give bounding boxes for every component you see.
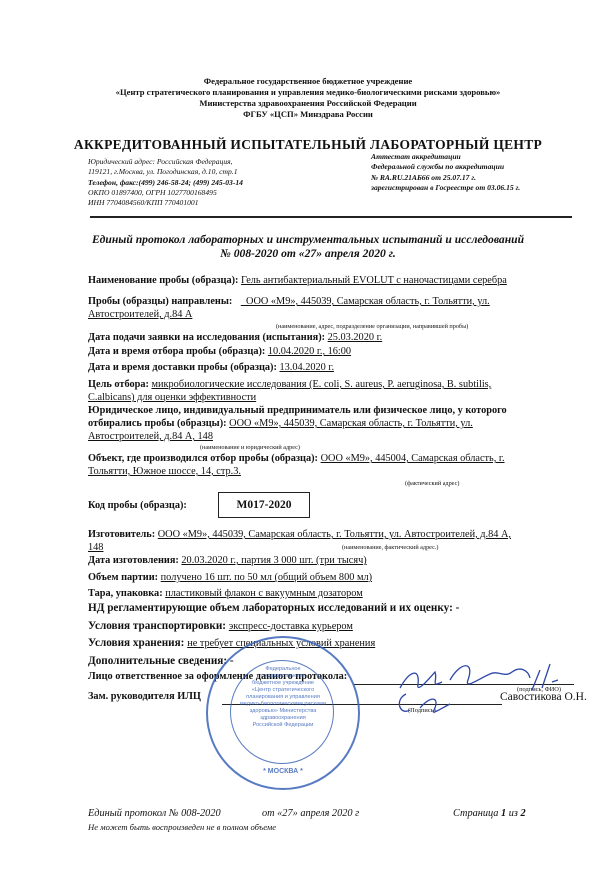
stamp-line: планирования и управления <box>208 694 358 701</box>
stamp-line: государственное <box>208 673 358 680</box>
field-transport: Условия транспортировки: экспресс-достав… <box>88 620 580 633</box>
field-sampling-object: Объект, где производился отбор пробы (об… <box>88 452 580 478</box>
signature-icon <box>380 650 580 720</box>
address-line: Юридический адрес: Российская Федерация, <box>88 157 243 167</box>
field-value: 13.04.2020 г. <box>279 362 334 373</box>
field-purpose: Цель отбора: микробиологические исследов… <box>88 378 580 404</box>
protocol-number: № 008-2020 от «27» апреля 2020 г. <box>0 247 616 261</box>
field-label: Изготовитель: <box>88 529 155 540</box>
field-value: получено 16 шт. по 50 мл (общий объем 80… <box>161 572 372 583</box>
field-application-date: Дата подачи заявки на исследования (испы… <box>88 331 580 344</box>
field-value: ООО «М9», 445039, Самарская область, г. … <box>229 418 473 429</box>
org-header: Федеральное государственное бюджетное уч… <box>0 76 616 120</box>
field-label: Пробы (образцы) направлены: <box>88 296 232 307</box>
field-label: отбирались пробы (образцы): <box>88 418 227 429</box>
sent-by-note: (наименование, адрес, подразделение орга… <box>276 323 468 330</box>
field-batch-volume: Объем партии: получено 16 шт. по 50 мл (… <box>88 571 580 584</box>
field-packaging: Тара, упаковка: пластиковый флакон с вак… <box>88 587 580 600</box>
field-value: микробиологические исследования (E. coli… <box>152 379 492 390</box>
org-line-1: Федеральное государственное бюджетное уч… <box>0 76 616 87</box>
field-label: Дата и время отбора пробы (образца): <box>88 346 265 357</box>
sample-code-box: М017-2020 <box>218 492 310 518</box>
field-value: ООО «М9», 445004, Самарская область, г. <box>321 453 505 464</box>
accreditation-line: Аттестат аккредитации <box>371 152 520 162</box>
official-stamp: Федеральное государственное бюджетное уч… <box>206 636 360 790</box>
page-current: 1 <box>501 808 506 819</box>
field-manufacturer: Изготовитель: ООО «М9», 445039, Самарска… <box>88 528 580 554</box>
org-line-2: «Центр стратегического планирования и уп… <box>0 87 616 98</box>
stamp-line: Федеральное <box>208 666 358 673</box>
field-sent-by: Пробы (образцы) направлены: _ООО «М9», 4… <box>88 295 580 321</box>
field-value: Автостроителей, д.84 А, 148 <box>88 431 213 442</box>
field-label: Условия транспортировки: <box>88 620 226 632</box>
org-line-3: Министерства здравоохранения Российской … <box>0 98 616 109</box>
protocol-title: Единый протокол лабораторных и инструмен… <box>0 233 616 261</box>
field-value: пластиковый флакон с вакуумным дозатором <box>165 588 363 599</box>
field-label: Объект, где производился отбор пробы (об… <box>88 453 318 464</box>
field-label: Условия хранения: <box>88 637 184 649</box>
stamp-city: * МОСКВА * <box>208 768 358 775</box>
phone-line: Телефон, факс:(499) 246-58-24; (499) 245… <box>88 178 243 188</box>
page-total: 2 <box>521 808 526 819</box>
accreditation-line: зарегистрирован в Госреестре от 03.06.15… <box>371 183 520 193</box>
field-sample-code-label: Код пробы (образца): <box>88 499 580 512</box>
legal-address: Юридический адрес: Российская Федерация,… <box>88 157 243 208</box>
stamp-line: здоровью» Министерства <box>208 708 358 715</box>
org-line-4: ФГБУ «ЦСП» Минздрава России <box>0 109 616 120</box>
manufacturer-note: (наименование, фактический адрес.) <box>342 544 438 551</box>
field-normative-docs: НД регламентирующие объем лабораторных и… <box>88 602 580 615</box>
field-label: Дата и время доставки пробы (образца): <box>88 362 277 373</box>
field-value: экспресс-доставка курьером <box>229 621 353 632</box>
field-legal-entity: Юридическое лицо, индивидуальный предпри… <box>88 404 580 443</box>
footer-protocol: Единый протокол № 008-2020 <box>88 808 221 819</box>
field-label: Юридическое лицо, индивидуальный предпри… <box>88 405 507 416</box>
field-value: 25.03.2020 г. <box>328 332 383 343</box>
header-divider <box>90 216 572 218</box>
field-label: Дата изготовления: <box>88 555 179 566</box>
address-line: 119121, г.Москва, ул. Погодинская, д.10,… <box>88 167 243 177</box>
field-sample-name: Наименование пробы (образца): Гель антиб… <box>88 274 580 287</box>
accreditation-line: Федеральной службы по аккредитации <box>371 162 520 172</box>
inn-line: ИНН 7704084560/КПП 770401001 <box>88 198 243 208</box>
field-value: Гель антибактериальный EVOLUT с наночаст… <box>241 275 507 286</box>
legal-entity-note: (наименование и юридический адрес) <box>200 444 300 451</box>
page-of: из <box>509 808 518 819</box>
field-label: Тара, упаковка: <box>88 588 163 599</box>
accreditation-line: № RA.RU.21АБ66 от 25.07.17 г. <box>371 173 520 183</box>
protocol-title-line: Единый протокол лабораторных и инструмен… <box>0 233 616 247</box>
page-prefix: Страница <box>453 808 498 819</box>
field-value: 20.03.2020 г., партия 3 000 шт. (три тыс… <box>181 555 366 566</box>
field-value: _ООО «М9», 445039, Самарская область, г.… <box>241 296 490 307</box>
footer-page: Страница 1 из 2 <box>453 808 526 819</box>
field-label: Объем партии: <box>88 572 158 583</box>
footer-date: от «27» апреля 2020 г <box>262 808 359 819</box>
sampling-object-note: (фактический адрес) <box>405 480 459 487</box>
field-manufacture-date: Дата изготовления: 20.03.2020 г., партия… <box>88 554 580 567</box>
field-value: 148 <box>88 542 103 553</box>
stamp-line: бюджетное учреждение <box>208 680 358 687</box>
field-label: Цель отбора: <box>88 379 149 390</box>
lab-title: АККРЕДИТОВАННЫЙ ИСПЫТАТЕЛЬНЫЙ ЛАБОРАТОРН… <box>0 137 616 153</box>
stamp-line: Российской Федерации <box>208 722 358 729</box>
stamp-inner-text: Федеральное государственное бюджетное уч… <box>208 666 358 729</box>
okpo-line: ОКПО 01897400, ОГРН 1027700168495 <box>88 188 243 198</box>
field-value: ООО «М9», 445039, Самарская область, г. … <box>158 529 511 540</box>
footer-disclaimer: Не может быть воспроизведен не в полном … <box>88 822 276 832</box>
field-value: C.albicans) для оценки эффективности <box>88 392 256 403</box>
field-value: Автостроителей, д.84 А <box>88 309 192 320</box>
field-sampling-datetime: Дата и время отбора пробы (образца): 10.… <box>88 345 580 358</box>
stamp-line: «Центр стратегического <box>208 687 358 694</box>
field-label: Наименование пробы (образца): <box>88 275 238 286</box>
field-label: Дата подачи заявки на исследования (испы… <box>88 332 325 343</box>
field-delivery-date: Дата и время доставки пробы (образца): 1… <box>88 361 580 374</box>
accreditation-info: Аттестат аккредитации Федеральной службы… <box>371 152 520 193</box>
stamp-line: здравоохранения <box>208 715 358 722</box>
field-value: Тольятти, Южное шоссе, 14, стр.3. <box>88 466 241 477</box>
field-value: 10.04.2020 г., 16:00 <box>268 346 351 357</box>
stamp-line: медико-биологическими рисками <box>208 701 358 708</box>
field-storage: Условия хранения: не требует специальных… <box>88 637 580 650</box>
